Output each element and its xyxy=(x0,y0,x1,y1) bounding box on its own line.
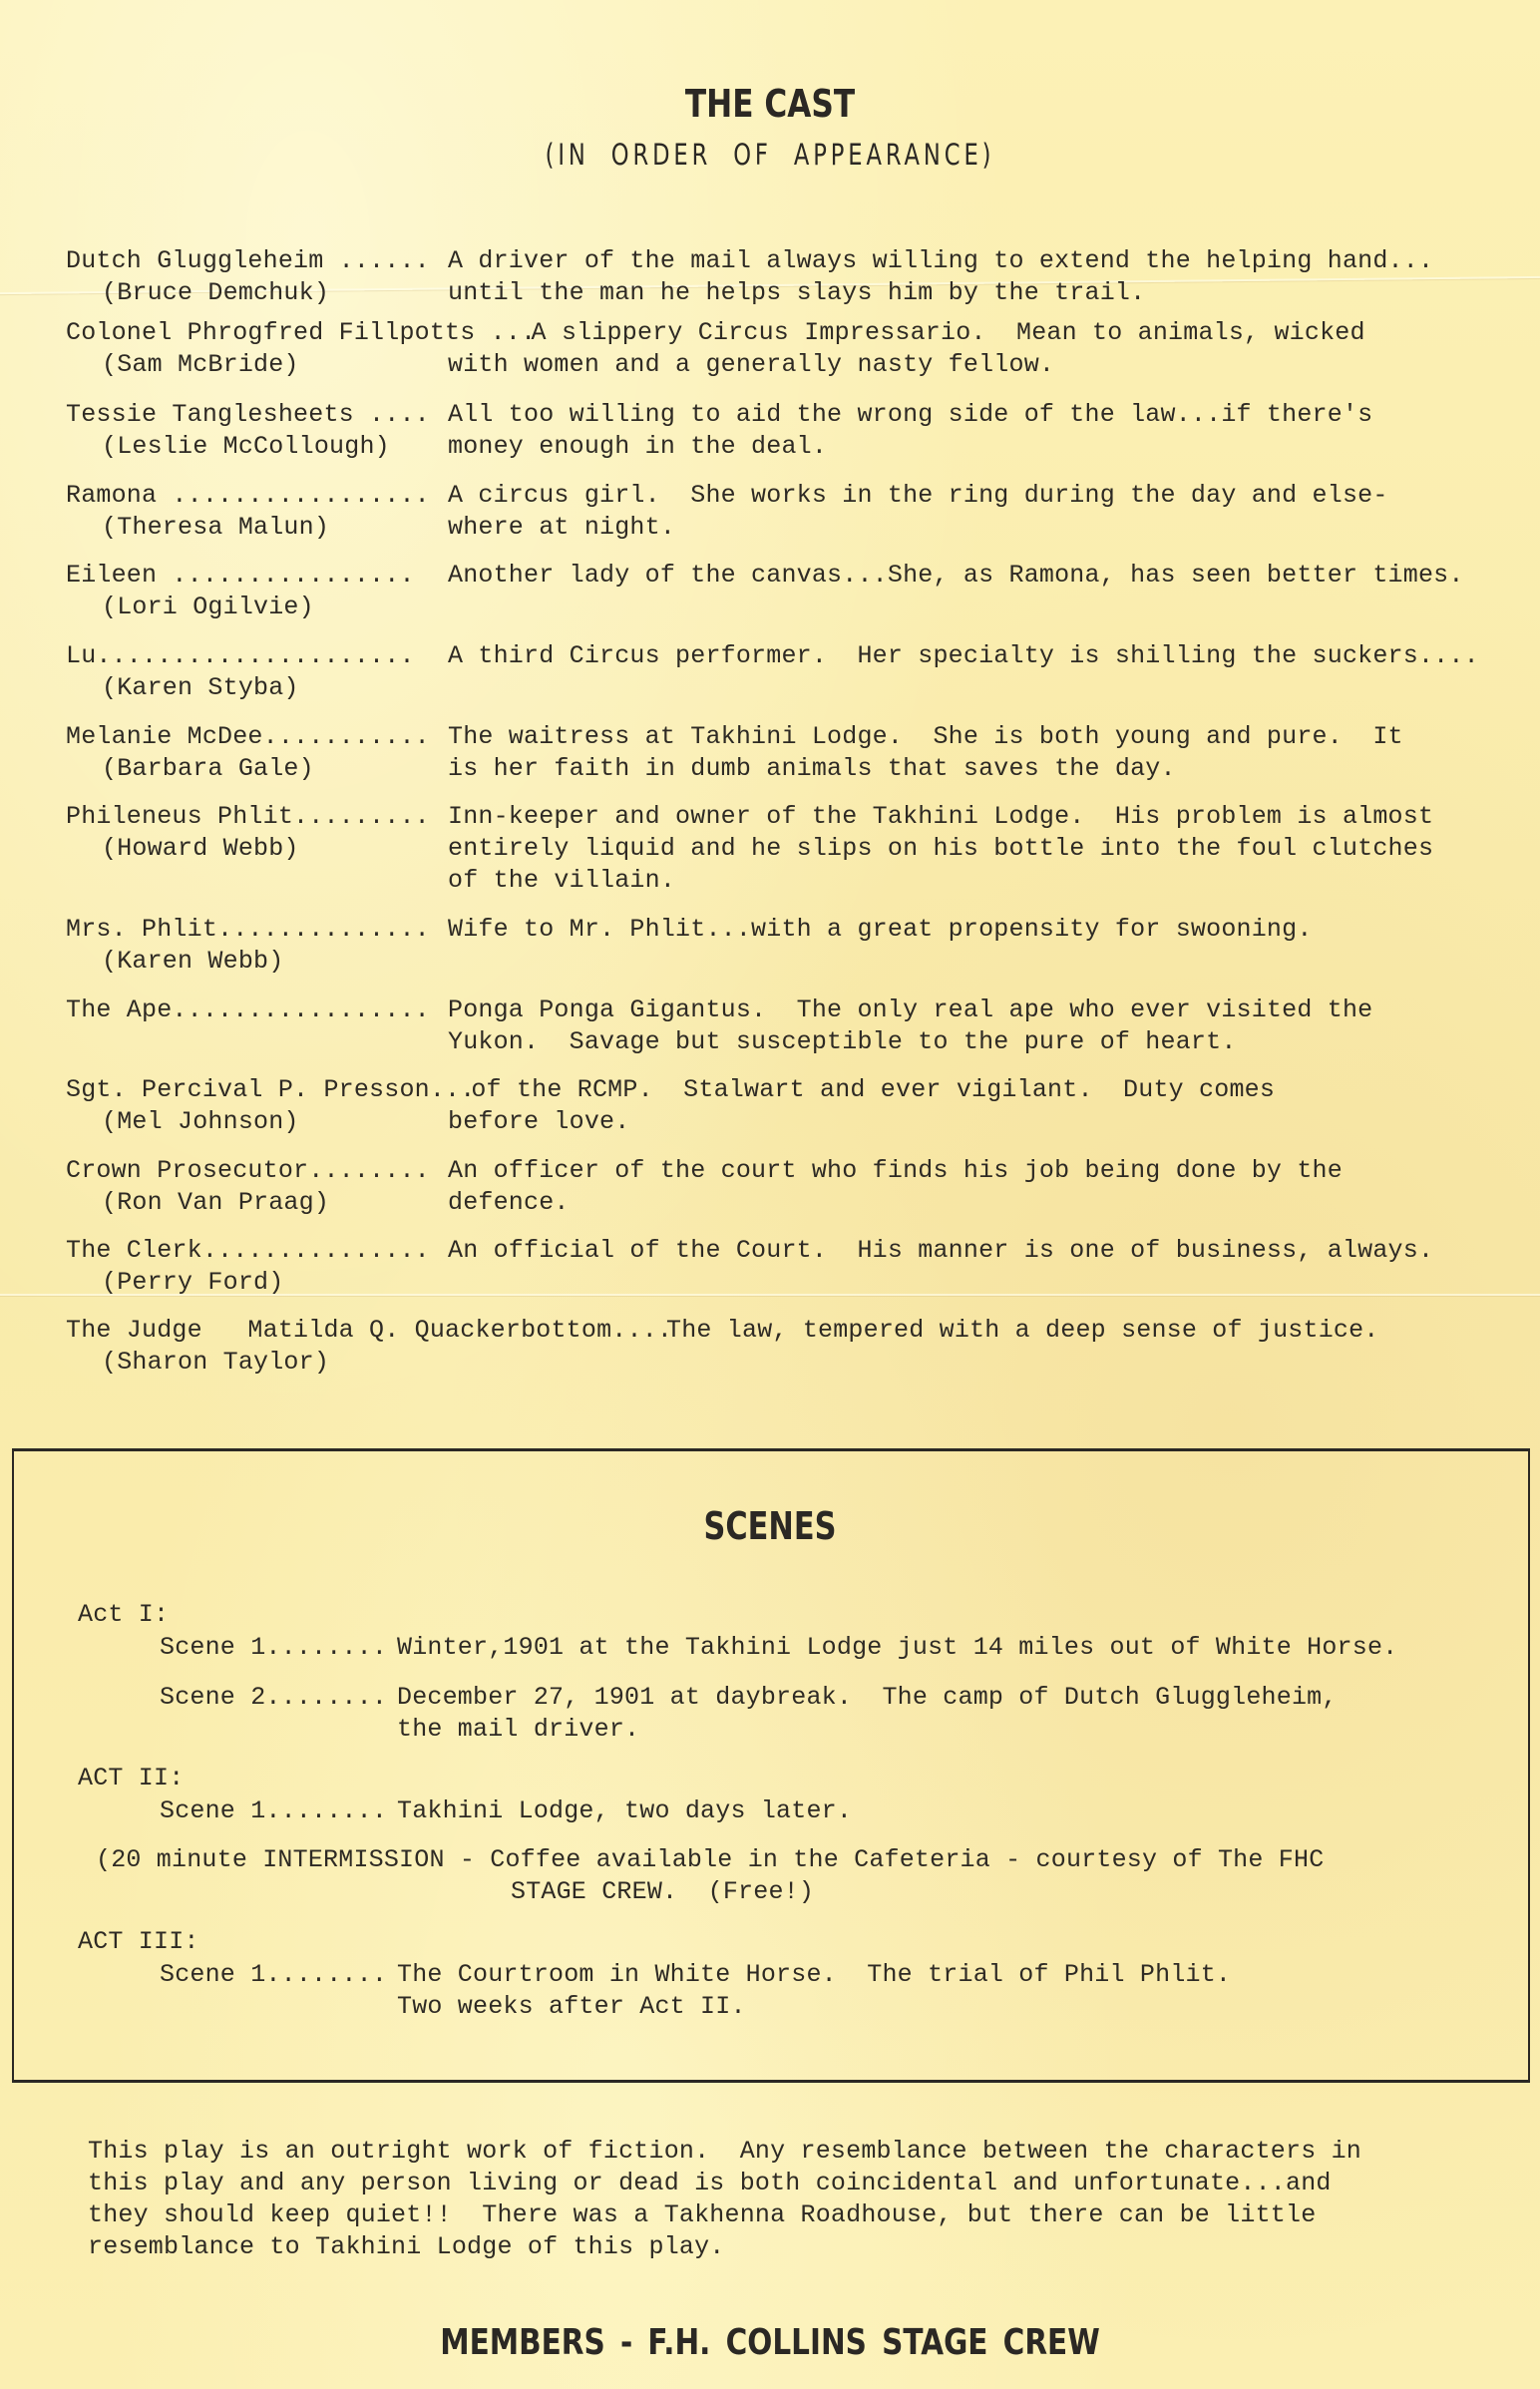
cast-role: Melanie McDee........... xyxy=(66,721,430,753)
cast-role: Ramona ................. xyxy=(66,480,430,512)
act-label: Act I: xyxy=(78,1599,169,1631)
cast-actor: (Ron Van Praag) xyxy=(102,1187,329,1219)
scenes-title: SCENES xyxy=(154,1504,1385,1548)
cast-role: The Clerk............... xyxy=(66,1235,430,1267)
cast-role: Lu..................... xyxy=(66,640,415,672)
act-label: ACT II: xyxy=(78,1763,184,1794)
cast-actor: (Barbara Gale) xyxy=(102,753,314,785)
members-heading: MEMBERS - F.H. COLLINS STAGE CREW xyxy=(139,2322,1401,2363)
cast-description-line: of the RCMP. Stalwart and ever vigilant.… xyxy=(471,1074,1275,1106)
cast-role: Colonel Phrogfred Fillpotts ... xyxy=(66,317,536,349)
cast-description-line: Inn-keeper and owner of the Takhini Lodg… xyxy=(448,801,1433,833)
cast-actor: (Leslie McCollough) xyxy=(102,431,390,463)
intermission-line: STAGE CREW. (Free!) xyxy=(511,1876,814,1908)
cast-description-line: A third Circus performer. Her specialty … xyxy=(448,640,1479,672)
cast-actor: (Perry Ford) xyxy=(102,1267,283,1299)
scene-description-line: The Courtroom in White Horse. The trial … xyxy=(397,1959,1231,1991)
disclaimer-line: resemblance to Takhini Lodge of this pla… xyxy=(88,2231,1361,2263)
cast-description-line: Another lady of the canvas...She, as Ram… xyxy=(448,560,1464,592)
cast-description-line: Yukon. Savage but susceptible to the pur… xyxy=(448,1026,1237,1058)
cast-subtitle: (IN ORDER OF APPEARANCE) xyxy=(170,138,1370,172)
cast-role: The Judge Matilda Q. Quackerbottom.... xyxy=(66,1315,672,1347)
cast-description-line: until the man he helps slays him by the … xyxy=(448,277,1145,309)
cast-actor: (Mel Johnson) xyxy=(102,1106,299,1138)
cast-actor: (Lori Ogilvie) xyxy=(102,592,314,623)
cast-description-line: before love. xyxy=(448,1106,629,1138)
cast-role: Crown Prosecutor........ xyxy=(66,1155,430,1187)
cast-description-line: A driver of the mail always willing to e… xyxy=(448,245,1433,277)
cast-role: The Ape................. xyxy=(66,995,430,1026)
cast-actor: (Karen Styba) xyxy=(102,672,299,704)
cast-description-line: The waitress at Takhini Lodge. She is bo… xyxy=(448,721,1403,753)
scene-description-line: Winter,1901 at the Takhini Lodge just 14… xyxy=(397,1632,1397,1664)
scene-description-line: the mail driver. xyxy=(397,1714,639,1746)
cast-description-line: An officer of the court who finds his jo… xyxy=(448,1155,1343,1187)
cast-actor: (Karen Webb) xyxy=(102,946,283,978)
cast-actor: (Howard Webb) xyxy=(102,833,299,865)
cast-role: Tessie Tanglesheets .... xyxy=(66,399,430,431)
scene-label: Scene 1........ xyxy=(160,1959,387,1991)
scene-description-line: Takhini Lodge, two days later. xyxy=(397,1795,852,1827)
cast-title: THE CAST xyxy=(139,82,1401,126)
cast-role: Phileneus Phlit......... xyxy=(66,801,430,833)
disclaimer-line: they should keep quiet!! There was a Tak… xyxy=(88,2199,1361,2231)
scene-description-line: Two weeks after Act II. xyxy=(397,1991,746,2023)
cast-description-line: defence. xyxy=(448,1187,570,1219)
cast-description-line: with women and a generally nasty fellow. xyxy=(448,349,1054,381)
cast-description-line: The law, tempered with a deep sense of j… xyxy=(666,1315,1379,1347)
disclaimer-line: This play is an outright work of fiction… xyxy=(88,2136,1361,2168)
scene-description-line: December 27, 1901 at daybreak. The camp … xyxy=(397,1682,1338,1714)
cast-description-line: A slippery Circus Impressario. Mean to a… xyxy=(532,317,1365,349)
intermission-line: (20 minute INTERMISSION - Coffee availab… xyxy=(96,1844,1324,1876)
cast-description-line: An official of the Court. His manner is … xyxy=(448,1235,1433,1267)
cast-actor: (Bruce Demchuk) xyxy=(102,277,329,309)
disclaimer: This play is an outright work of fiction… xyxy=(88,2136,1361,2263)
cast-description-line: All too willing to aid the wrong side of… xyxy=(448,399,1372,431)
scene-label: Scene 1........ xyxy=(160,1632,387,1664)
cast-description-line: where at night. xyxy=(448,512,675,544)
cast-description-line: of the villain. xyxy=(448,865,675,897)
cast-description-line: entirely liquid and he slips on his bott… xyxy=(448,833,1433,865)
disclaimer-line: this play and any person living or dead … xyxy=(88,2168,1361,2199)
scene-label: Scene 1........ xyxy=(160,1795,387,1827)
cast-description-line: Wife to Mr. Phlit...with a great propens… xyxy=(448,914,1313,946)
cast-actor: (Sam McBride) xyxy=(102,349,299,381)
cast-role: Mrs. Phlit.............. xyxy=(66,914,430,946)
cast-actor: (Sharon Taylor) xyxy=(102,1347,329,1379)
act-label: ACT III: xyxy=(78,1926,199,1958)
cast-role: Eileen ................ xyxy=(66,560,415,592)
cast-description-line: A circus girl. She works in the ring dur… xyxy=(448,480,1388,512)
cast-description-line: Ponga Ponga Gigantus. The only real ape … xyxy=(448,995,1372,1026)
cast-actor: (Theresa Malun) xyxy=(102,512,329,544)
cast-role: Dutch Gluggleheim ...... xyxy=(66,245,430,277)
scene-label: Scene 2........ xyxy=(160,1682,387,1714)
cast-role: Sgt. Percival P. Presson... xyxy=(66,1074,475,1106)
cast-description-line: is her faith in dumb animals that saves … xyxy=(448,753,1176,785)
cast-description-line: money enough in the deal. xyxy=(448,431,827,463)
